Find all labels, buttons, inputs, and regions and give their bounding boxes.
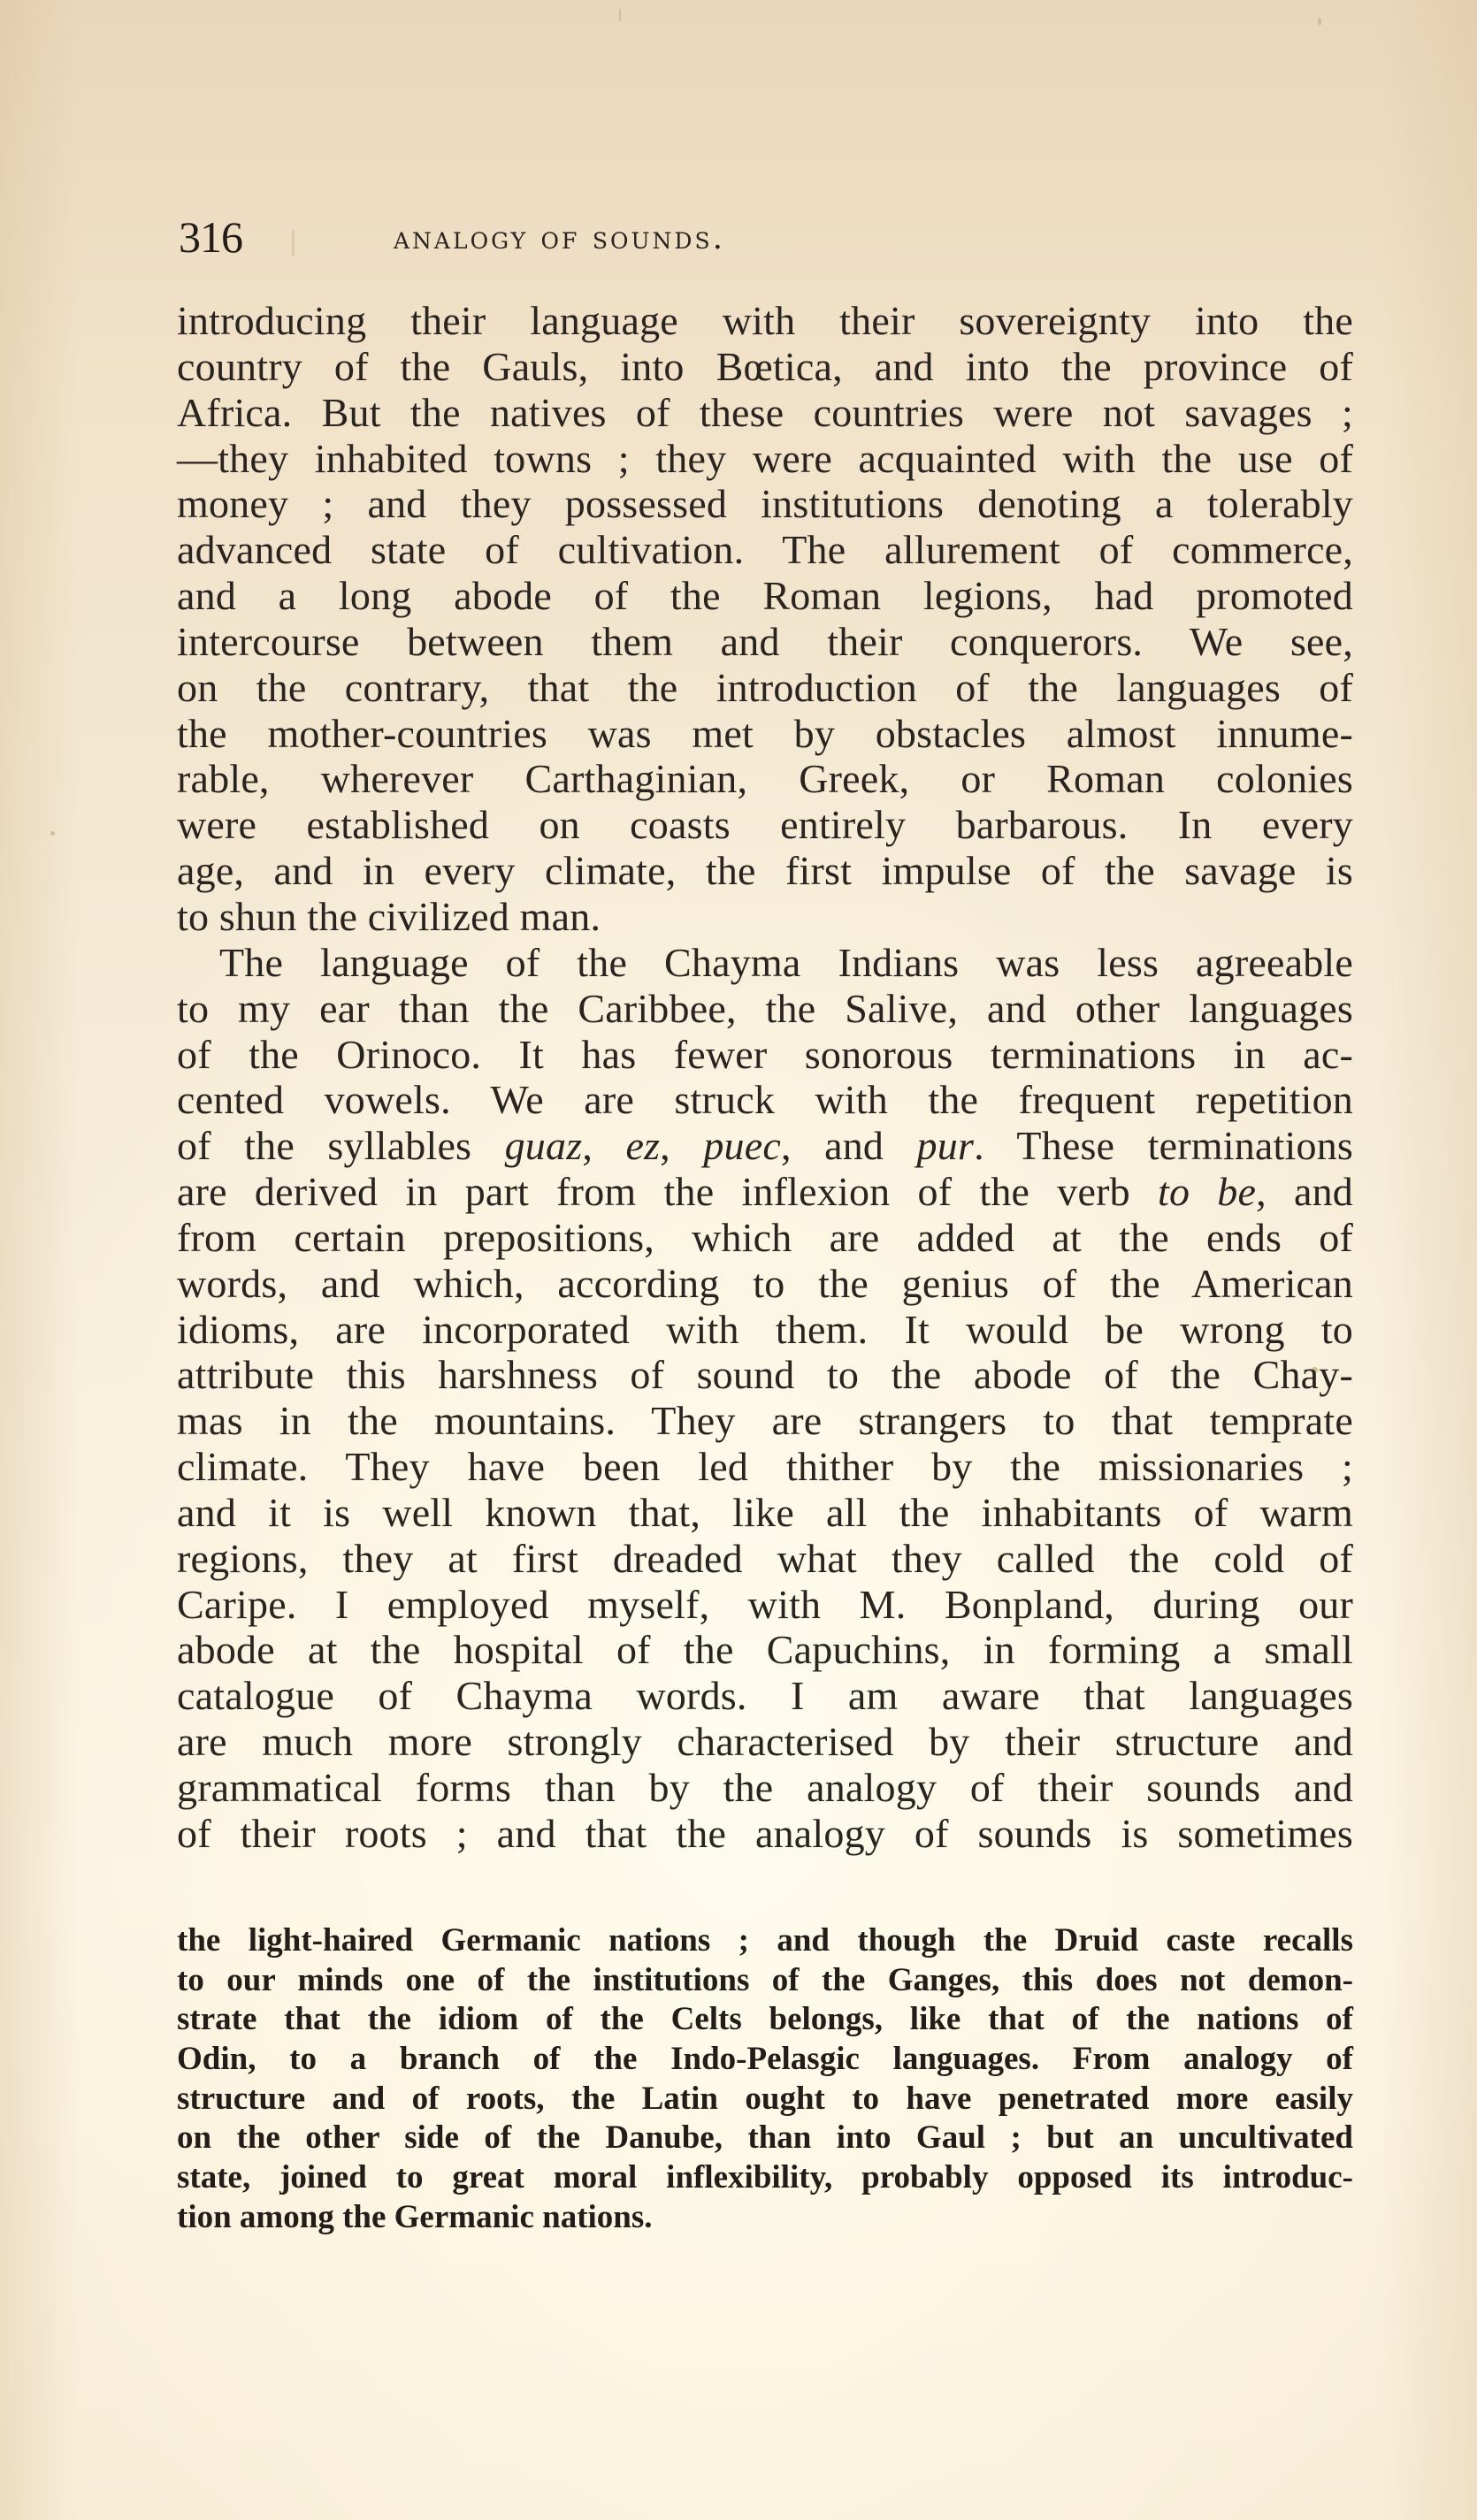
footnote-line: structure and of roots, the Latin ought …: [177, 2080, 1353, 2119]
body-line: and it is well known that, like all the …: [177, 1490, 1353, 1536]
italic-syllable: pur: [917, 1123, 975, 1168]
text-run: of the syllables: [177, 1123, 505, 1168]
italic-syllable: guaz: [505, 1123, 583, 1168]
body-line: were established on coasts entirely barb…: [177, 802, 1353, 848]
text-run: , and: [781, 1123, 917, 1168]
body-line: rable, wherever Carthaginian, Greek, or …: [177, 756, 1353, 802]
body-line: on the contrary, that the introduction o…: [177, 665, 1353, 711]
paper-speck: [50, 831, 55, 836]
body-line: Africa. But the natives of these countri…: [177, 390, 1353, 436]
body-line: money ; and they possessed institutions …: [177, 481, 1353, 527]
footnote-line: strate that the idiom of the Celts belon…: [177, 2000, 1353, 2040]
body-line: abode at the hospital of the Capuchins, …: [177, 1627, 1353, 1673]
paragraph-start-line: The language of the Chayma Indians was l…: [177, 940, 1353, 986]
paper-speck: [619, 9, 621, 21]
body-text: introducing their language with their so…: [177, 298, 1353, 1857]
body-line-with-italics: are derived in part from the inflexion o…: [177, 1169, 1353, 1215]
body-line: introducing their language with their so…: [177, 298, 1353, 344]
body-line: of the Orinoco. It has fewer sonorous te…: [177, 1032, 1353, 1078]
footnote: the light-haired Germanic nations ; and …: [177, 1921, 1353, 2238]
body-line: words, and which, according to the geniu…: [177, 1261, 1353, 1307]
body-line: the mother-countries was met by obstacle…: [177, 711, 1353, 757]
body-line: regions, they at first dreaded what they…: [177, 1536, 1353, 1582]
text-run: are derived in part from the inflexion o…: [177, 1169, 1158, 1214]
body-line: to my ear than the Caribbee, the Salive,…: [177, 986, 1353, 1032]
text-run: ,: [660, 1123, 703, 1168]
body-line: intercourse between them and their conqu…: [177, 619, 1353, 665]
body-line: from certain prepositions, which are add…: [177, 1215, 1353, 1261]
text-run: ,: [582, 1123, 625, 1168]
running-title: Analogy of Sounds.: [394, 221, 725, 256]
page-number: 316: [179, 212, 242, 262]
text-run: , and: [1256, 1169, 1353, 1214]
body-line: grammatical forms than by the analogy of…: [177, 1765, 1353, 1811]
body-line: cented vowels. We are struck with the fr…: [177, 1077, 1353, 1123]
body-line: country of the Gauls, into Bœtica, and i…: [177, 344, 1353, 390]
body-line: idioms, are incorporated with them. It w…: [177, 1307, 1353, 1353]
body-line: are much more strongly characterised by …: [177, 1719, 1353, 1765]
italic-phrase: to be: [1158, 1169, 1256, 1214]
footnote-line: state, joined to great moral inflexibili…: [177, 2158, 1353, 2198]
body-line: and a long abode of the Roman legions, h…: [177, 573, 1353, 619]
body-line: age, and in every climate, the first imp…: [177, 848, 1353, 894]
paper-speck: [1318, 18, 1321, 26]
italic-syllable: puec: [703, 1123, 781, 1168]
body-line: —they inhabited towns ; they were acquai…: [177, 436, 1353, 482]
paragraph-end-line: to shun the civilized man.: [177, 894, 1353, 940]
running-head: 316 Analogy of Sounds.: [177, 212, 1353, 262]
text-run: . These terminations: [974, 1123, 1353, 1168]
footnote-line: on the other side of the Danube, than in…: [177, 2119, 1353, 2158]
body-line: catalogue of Chayma words. I am aware th…: [177, 1673, 1353, 1719]
body-line: attribute this harshness of sound to the…: [177, 1352, 1353, 1398]
footnote-line: to our minds one of the institutions of …: [177, 1961, 1353, 2001]
body-line: mas in the mountains. They are strangers…: [177, 1398, 1353, 1444]
body-line: advanced state of cultivation. The allur…: [177, 527, 1353, 573]
footnote-end-line: tion among the Germanic nations.: [177, 2198, 1353, 2238]
body-line: Caripe. I employed myself, with M. Bonpl…: [177, 1582, 1353, 1628]
body-line-with-italics: of the syllables guaz, ez, puec, and pur…: [177, 1123, 1353, 1169]
italic-syllable: ez: [625, 1123, 660, 1168]
footnote-line: Odin, to a branch of the Indo-Pelasgic l…: [177, 2040, 1353, 2080]
body-line: climate. They have been led thither by t…: [177, 1444, 1353, 1490]
body-line: of their roots ; and that the analogy of…: [177, 1811, 1353, 1857]
footnote-line: the light-haired Germanic nations ; and …: [177, 1921, 1353, 1961]
